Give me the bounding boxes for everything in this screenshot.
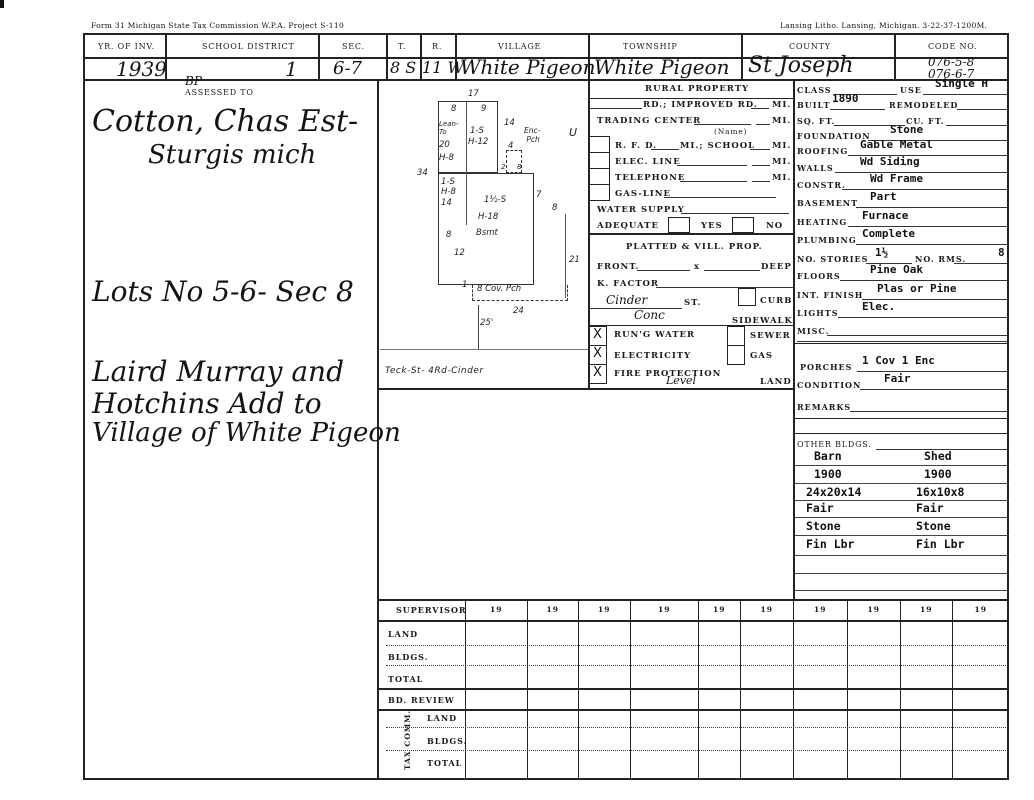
street-note: Teck-St- 4Rd-Cinder <box>385 366 484 376</box>
heating-label: HEATING <box>797 217 847 227</box>
supervisor-header: SUPERVISOR <box>396 605 467 615</box>
hdr-township: TOWNSHIP <box>623 42 678 51</box>
no-rms-value[interactable]: 8 <box>998 246 1005 259</box>
sidewalk-value[interactable]: Conc <box>634 308 665 322</box>
running-water-checkbox[interactable]: X <box>588 326 607 346</box>
constr-value[interactable]: Wd Frame <box>870 172 923 185</box>
sq-ft-label: SQ. FT. <box>797 116 835 126</box>
year-column-header[interactable]: 19 <box>761 605 773 614</box>
basement-label: BASEMENT <box>797 198 858 208</box>
int-finish-value[interactable]: Plas or Pine <box>877 282 956 295</box>
cu-ft-field[interactable] <box>946 125 1007 126</box>
owner-name[interactable]: Cotton, Chas Est- <box>92 104 358 139</box>
lights-label: LIGHTS <box>797 308 839 318</box>
use-field[interactable] <box>923 94 1007 95</box>
hdr-village: VILLAGE <box>498 42 541 51</box>
other-bldg-1-cell[interactable]: Fin Lbr <box>806 537 854 551</box>
no-rms-field[interactable] <box>954 263 1007 264</box>
walls-label: WALLS <box>797 163 834 173</box>
owner-address[interactable]: Sturgis mich <box>148 140 316 170</box>
hdr-code-no: CODE NO. <box>928 42 978 51</box>
valuation-row-bd-review: BD. REVIEW <box>388 695 455 705</box>
other-bldg-2-cell[interactable]: Shed <box>924 449 952 463</box>
township-value[interactable]: White Pigeon <box>594 55 729 79</box>
legal-desc-line-1[interactable]: Laird Murray and <box>92 355 344 388</box>
water-adequate-no-checkbox[interactable] <box>732 217 754 233</box>
printer-header: Lansing Litho. Lansing, Michigan. 3-22-3… <box>780 21 987 30</box>
misc-label: MISC. <box>797 326 829 336</box>
valuation-row-land: LAND <box>388 629 418 639</box>
land-value[interactable]: Level <box>666 374 696 387</box>
int-finish-label: INT. FINISH <box>797 290 863 300</box>
street-surface-value[interactable]: Cinder <box>606 293 647 307</box>
plumbing-field[interactable] <box>856 244 1007 245</box>
school-district-value[interactable]: 1 <box>285 57 298 81</box>
hdr-sec: SEC. <box>342 42 365 51</box>
scan-mark <box>0 0 4 8</box>
condition-label: CONDITION <box>797 380 861 390</box>
tax-comm-label: TAX COMM. <box>404 710 412 770</box>
rural-property-title: RURAL PROPERTY <box>645 84 749 94</box>
rfd-checkbox[interactable] <box>588 136 610 153</box>
remarks-field[interactable] <box>850 411 1007 412</box>
year-column-header[interactable]: 19 <box>598 605 610 614</box>
condition-field[interactable] <box>860 389 1007 390</box>
use-label: USE <box>900 85 922 95</box>
walls-value[interactable]: Wd Siding <box>860 155 920 168</box>
other-bldg-1-cell[interactable]: Fair <box>806 501 834 515</box>
use-value[interactable]: Single H <box>935 77 988 90</box>
remodeled-field[interactable] <box>957 109 1007 110</box>
floors-field[interactable] <box>840 280 1007 281</box>
porches-value[interactable]: 1 Cov 1 Enc <box>862 354 935 367</box>
class-label: CLASS <box>797 85 832 95</box>
tax-comm-row-bldgs-: BLDGS. <box>427 736 467 746</box>
year-column-header[interactable]: 19 <box>814 605 826 614</box>
other-bldg-1-cell[interactable]: Barn <box>814 449 842 463</box>
county-value[interactable]: St Joseph <box>748 53 854 78</box>
year-column-header[interactable]: 19 <box>490 605 502 614</box>
hdr-r: R. <box>432 42 442 51</box>
hdr-t: T. <box>398 42 406 51</box>
form-number-header: Form 31 Michigan State Tax Commission W.… <box>91 21 344 30</box>
remodeled-label: REMODELED <box>889 100 958 110</box>
telephone-checkbox[interactable] <box>588 168 610 185</box>
assessed-annotation: BP <box>185 74 202 88</box>
valuation-row-bldgs-: BLDGS. <box>388 652 428 662</box>
roofing-value[interactable]: Gable Metal <box>860 138 933 151</box>
legal-desc-line-3[interactable]: Village of White Pigeon <box>92 418 401 448</box>
assessed-to-label: ASSESSED TO <box>185 88 254 97</box>
other-bldg-2-cell[interactable]: 1900 <box>924 467 952 481</box>
lights-field[interactable] <box>838 317 1007 318</box>
platted-title: PLATTED & VILL. PROP. <box>626 242 763 252</box>
year-column-header[interactable]: 19 <box>658 605 670 614</box>
year-column-header[interactable]: 19 <box>868 605 880 614</box>
no-stories-label: NO. STORIES <box>797 254 868 264</box>
year-column-header[interactable]: 19 <box>975 605 987 614</box>
legal-desc-line-2[interactable]: Hotchins Add to <box>92 387 322 420</box>
basement-field[interactable] <box>856 207 1007 208</box>
other-bldgs-label: OTHER BLDGS. <box>797 440 872 449</box>
t-value[interactable]: 8 S <box>390 58 416 77</box>
sewer-checkbox[interactable] <box>727 326 745 346</box>
other-bldg-1-cell[interactable]: 24x20x14 <box>806 485 861 499</box>
curb-checkbox[interactable] <box>738 288 756 306</box>
remarks-label: REMARKS <box>797 402 851 412</box>
roofing-label: ROOFING <box>797 146 848 156</box>
porches-label: PORCHES <box>800 362 852 372</box>
tax-comm-row-total: TOTAL <box>427 758 462 768</box>
other-bldg-2-cell[interactable]: 16x10x8 <box>916 485 964 499</box>
constr-field[interactable] <box>842 189 1007 190</box>
other-bldg-2-cell[interactable]: Stone <box>916 519 951 533</box>
hdr-school-district: SCHOOL DISTRICT <box>202 42 295 51</box>
gas-checkbox[interactable] <box>727 345 745 365</box>
water-adequate-yes-checkbox[interactable] <box>668 217 690 233</box>
built-label: BUILT <box>797 100 830 110</box>
elec-line-checkbox[interactable] <box>588 152 610 169</box>
foundation-value[interactable]: Stone <box>890 123 923 136</box>
basement-value[interactable]: Part <box>870 190 897 203</box>
year-column-header[interactable]: 19 <box>713 605 725 614</box>
yr-of-inv-value[interactable]: 1939 <box>116 57 167 81</box>
gas-line-checkbox[interactable] <box>588 184 610 201</box>
porches-field[interactable] <box>857 371 1007 372</box>
floors-value[interactable]: Pine Oak <box>870 263 923 276</box>
plumbing-value[interactable]: Complete <box>862 227 915 240</box>
lights-value[interactable]: Elec. <box>862 300 895 313</box>
lots-description[interactable]: Lots No 5-6- Sec 8 <box>92 275 354 308</box>
plumbing-label: PLUMBING <box>797 235 857 245</box>
hdr-yr-of-inv: YR. OF INV. <box>98 42 155 51</box>
other-bldg-1-cell[interactable]: Stone <box>806 519 841 533</box>
built-field[interactable] <box>830 109 885 110</box>
constr-label: CONSTR. <box>797 180 846 190</box>
no-stories-value[interactable]: 1½ <box>875 246 888 259</box>
built-value[interactable]: 1890 <box>832 92 859 105</box>
fire-protection-checkbox[interactable]: X <box>588 364 607 384</box>
sec-value[interactable]: 6-7 <box>333 58 362 79</box>
heating-value[interactable]: Furnace <box>862 209 908 222</box>
valuation-row-total: TOTAL <box>388 674 423 684</box>
tax-comm-row-land: LAND <box>427 713 457 723</box>
other-bldg-1-cell[interactable]: 1900 <box>814 467 842 481</box>
other-bldg-2-cell[interactable]: Fair <box>916 501 944 515</box>
hdr-county: COUNTY <box>789 42 831 51</box>
village-value[interactable]: White Pigeon <box>460 55 595 79</box>
electricity-checkbox[interactable]: X <box>588 345 607 365</box>
other-bldg-2-cell[interactable]: Fin Lbr <box>916 537 964 551</box>
year-column-header[interactable]: 19 <box>547 605 559 614</box>
r-value[interactable]: 11 W <box>422 58 464 77</box>
floors-label: FLOORS <box>797 271 841 281</box>
trading-center-label: TRADING CENTER <box>597 116 701 126</box>
condition-value[interactable]: Fair <box>884 372 911 385</box>
year-column-header[interactable]: 19 <box>920 605 932 614</box>
rd-label: RD.; IMPROVED RD. <box>643 100 758 110</box>
misc-field[interactable] <box>827 335 1007 336</box>
